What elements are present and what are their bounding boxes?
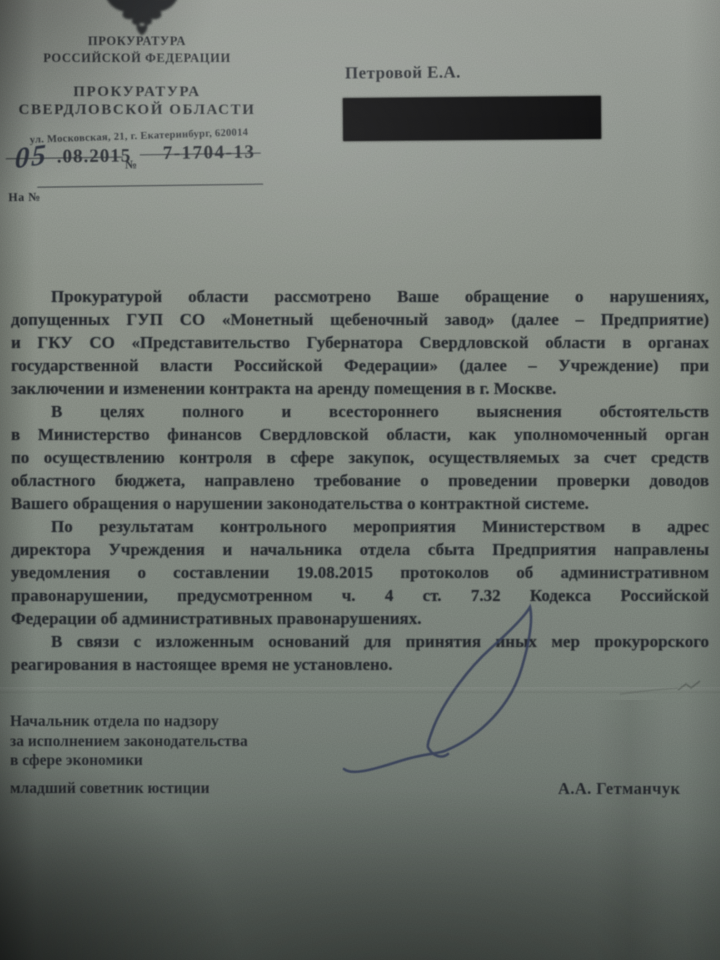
number-sign: № xyxy=(125,157,137,172)
document-photo: ПРОКУРАТУРА РОССИЙСКОЙ ФЕДЕРАЦИИ ПРОКУРА… xyxy=(0,0,720,960)
body-line: Вашего обращения о нарушении законодател… xyxy=(11,492,709,515)
body-line: в Министерство финансов Свердловской обл… xyxy=(11,423,709,446)
signoff-position-line: за исполнением законодательства xyxy=(10,732,248,752)
ref-number-label: На № xyxy=(8,190,41,205)
signoff-position-line: в сфере экономики xyxy=(10,751,248,771)
handwritten-signature-icon xyxy=(330,553,570,815)
body-line: В целях полного и всестороннего выяснени… xyxy=(11,400,709,423)
body-line: допущенных ГУП СО «Монетный щебеночный з… xyxy=(11,308,709,331)
pencil-mark-icon xyxy=(618,680,718,700)
ref-underline xyxy=(37,184,263,188)
body-line: государственной власти Российской Федера… xyxy=(11,354,709,377)
signoff-position: Начальник отдела по надзору за исполнени… xyxy=(10,712,248,771)
signoff-rank: младший советник юстиции xyxy=(10,780,210,798)
signoff-name: А.А. Гетманчук xyxy=(558,779,680,799)
body-line: Прокуратурой области рассмотрено Ваше об… xyxy=(11,285,709,308)
body-line: по осуществлению контроля в сфере закупо… xyxy=(11,446,709,469)
recipient-name: Петровой Е.А. xyxy=(345,62,461,83)
signoff-position-line: Начальник отдела по надзору xyxy=(10,712,248,732)
date-number-block: 05 .08.2015 7-1704-13 № На № xyxy=(0,0,301,230)
body-line: По результатам контрольного мероприятия … xyxy=(11,515,709,538)
letter-page: ПРОКУРАТУРА РОССИЙСКОЙ ФЕДЕРАЦИИ ПРОКУРА… xyxy=(0,0,720,960)
body-line: областного бюджета, направлено требовани… xyxy=(11,469,709,492)
body-line: заключении и изменении контракта на арен… xyxy=(11,377,709,400)
paragraph: В целях полного и всестороннего выяснени… xyxy=(11,400,709,515)
paragraph: Прокуратурой области рассмотрено Ваше об… xyxy=(11,285,709,400)
body-line: и ГКУ СО «Представительство Губернатора … xyxy=(11,331,709,354)
redaction-box xyxy=(343,96,601,141)
